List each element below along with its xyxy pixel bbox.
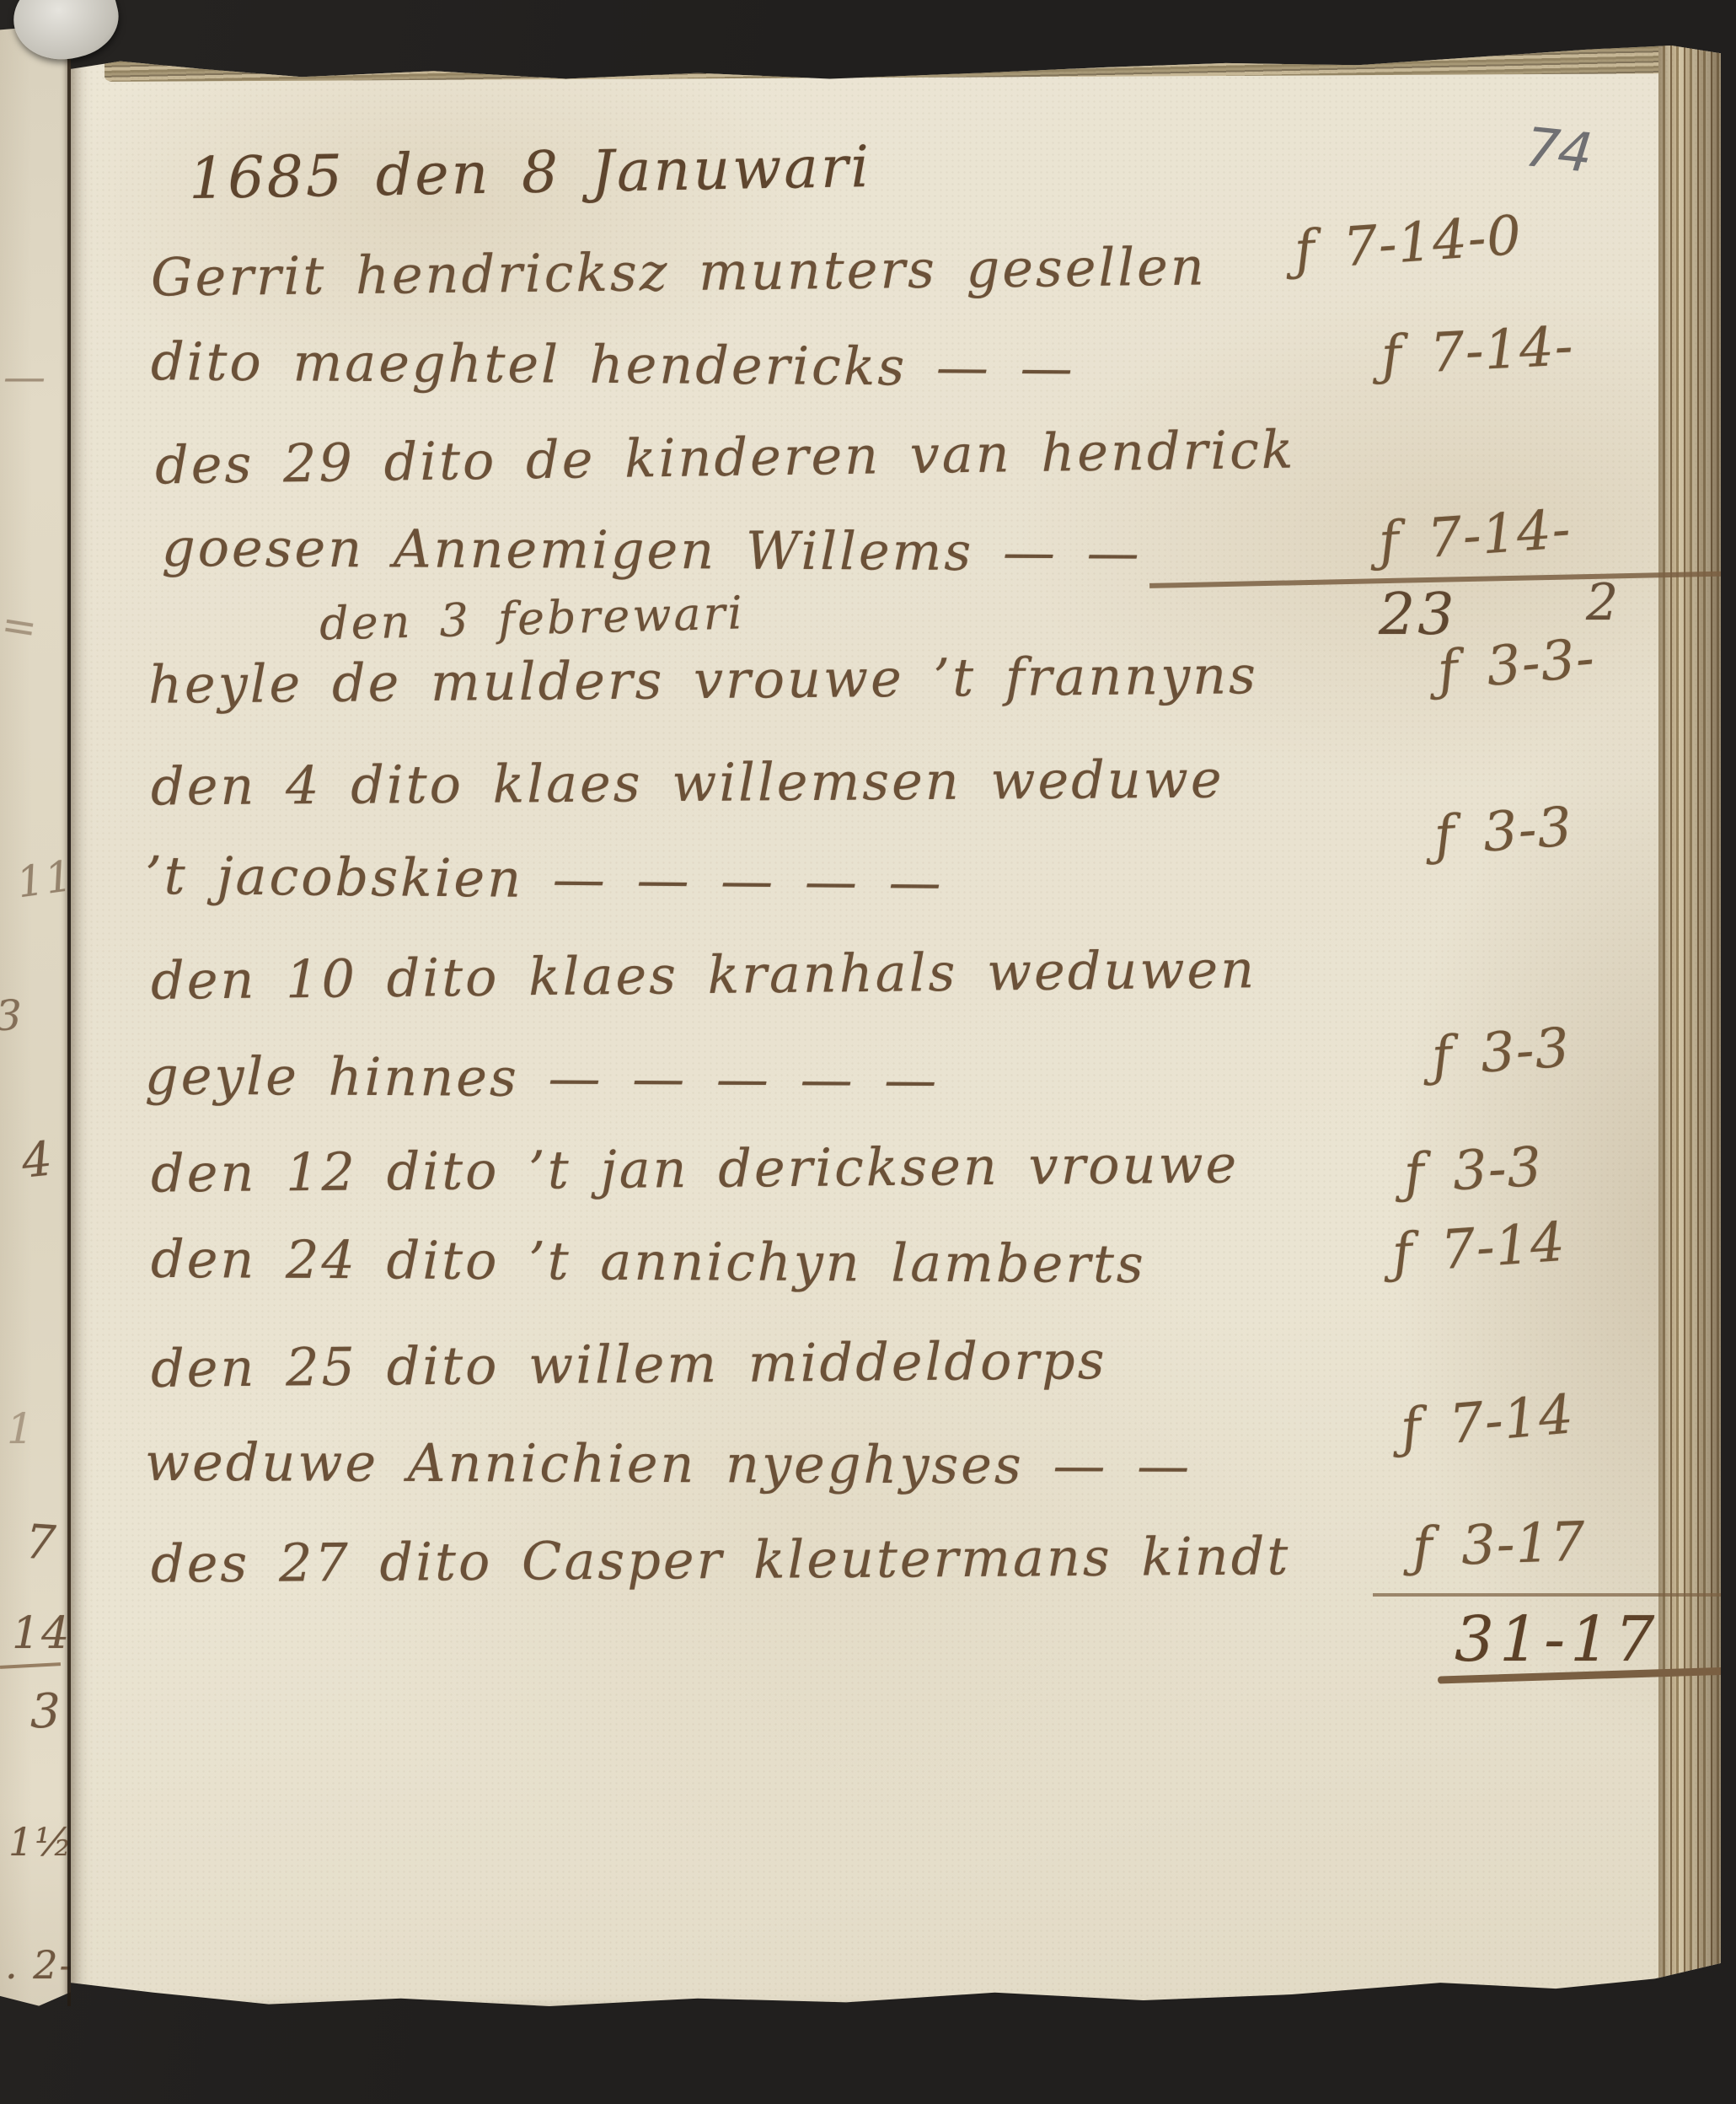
entry-amount: ƒ 7-14-0 — [1293, 205, 1524, 283]
entry-text: den 4 dito klaes willemsen weduwe — [151, 749, 1224, 818]
entry-text: den 12 dito ’t jan dericksen vrouwe — [151, 1133, 1240, 1204]
entry-text: geyle hinnes — — — — — — [145, 1045, 940, 1111]
book-fore-edge — [1658, 46, 1721, 2006]
entry-amount: ƒ 3-3 — [1402, 1136, 1544, 1205]
total-value: 31-17 — [1455, 1603, 1659, 1676]
entry-text: weduwe Annichien nyeghyses — — — [145, 1431, 1192, 1496]
margin-fragment: 3 — [30, 1684, 62, 1739]
book-gutter — [67, 25, 71, 2006]
margin-fragment: 11 — [13, 851, 71, 908]
entry-amount: ƒ 3-3 — [1433, 796, 1575, 867]
entry-amount: ƒ 3-3- — [1435, 627, 1597, 703]
entry-text: goesen Annemigen Willems — — — [162, 517, 1142, 583]
ledger-page: 74 1685 den 8 Januwari Gerrit hendricksz… — [71, 46, 1721, 2006]
total-rule-top — [1373, 1593, 1736, 1597]
entry-text: dito maeghtel hendericks — — — [151, 330, 1075, 399]
entry-text: des 27 dito Casper kleutermans kindt — [151, 1525, 1291, 1594]
entry-amount: ƒ 7-14- — [1377, 498, 1573, 574]
entry-text: heyle de mulders vrouwe ’t frannyns — [148, 644, 1259, 715]
margin-fragment: — — [3, 352, 47, 401]
margin-fragment: 14 — [12, 1608, 71, 1659]
margin-fragment: 1 — [7, 1404, 35, 1453]
entry-text: den 25 dito willem middeldorps — [151, 1329, 1107, 1399]
subtotal-carry: 2 — [1586, 573, 1621, 632]
page-number: 74 — [1522, 116, 1594, 185]
month-subheading: den 3 febrewari — [319, 586, 745, 650]
manuscript-photo: — = 11 3 4 1 7 14 3 1½ . 2- 74 1685 den … — [0, 0, 1736, 2104]
entry-text: den 10 dito klaes kranhals weduwen — [151, 938, 1257, 1012]
entry-amount: ƒ 7-14 — [1390, 1211, 1567, 1285]
entry-amount: ƒ 3-17 — [1412, 1511, 1587, 1579]
entry-text: Gerrit hendricksz munters gesellen — [151, 235, 1207, 308]
margin-fragment: = — [0, 599, 42, 653]
subtotal-value: 23 — [1379, 582, 1457, 648]
margin-fragment: . 2- — [5, 1942, 71, 1988]
margin-fragment: 4 — [19, 1131, 56, 1189]
entry-text: ’t jacobskien — — — — — — [145, 845, 944, 913]
entry-amount: ƒ 7-14- — [1380, 315, 1575, 388]
entry-amount: ƒ 3-3 — [1430, 1017, 1573, 1088]
entry-amount: ƒ 7-14 — [1398, 1383, 1576, 1461]
margin-total-underline — [0, 1662, 61, 1669]
year-heading: 1685 den 8 Januwari — [188, 134, 871, 212]
margin-fragment: 7 — [24, 1515, 59, 1571]
entry-text: den 24 dito ’t annichyn lamberts — [151, 1228, 1146, 1295]
page-top-edges — [104, 45, 1696, 82]
facing-page-edge: — = 11 3 4 1 7 14 3 1½ . 2- — [0, 22, 71, 2008]
margin-fragment: 1½ — [8, 1819, 71, 1865]
entry-text: des 29 dito de kinderen van hendrick — [155, 419, 1296, 496]
margin-fragment: 3 — [0, 991, 24, 1040]
